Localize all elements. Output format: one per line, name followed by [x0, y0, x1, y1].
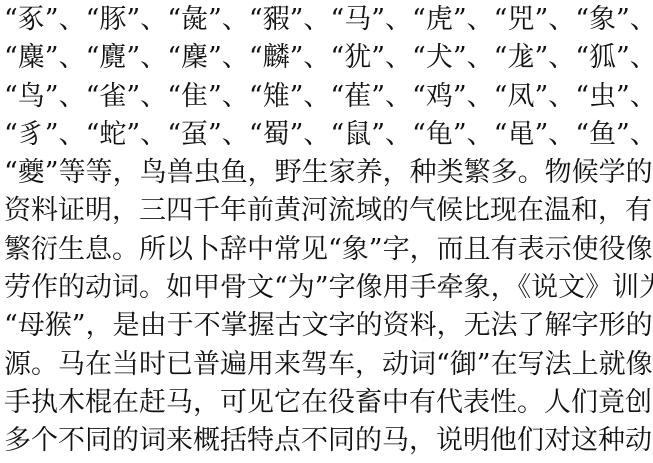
document-page: “豖”、“豚”、“彘”、“豭”、“马”、“虎”、“兕”、“象”、“鹿”、 “麋”…	[0, 0, 653, 463]
text-line-12: 多个不同的词来概括特点不同的马，说明他们对这种动物是多	[4, 423, 652, 459]
text-line-7: 繁衍生息。所以卜辞中常见“象”字，而且有表示使役像从事	[4, 232, 652, 268]
text-line-6: 资料证明，三四千年前黄河流域的气候比现在温和，有象群	[4, 193, 652, 229]
text-line-1: “豖”、“豚”、“彘”、“豭”、“马”、“虎”、“兕”、“象”、“鹿”、	[4, 2, 652, 38]
text-line-11: 手执木棍在赶马，可见它在役畜中有代表性。人们竟创造了十	[4, 385, 652, 421]
text-line-2: “麋”、“麑”、“麇”、“麟”、“犹”、“犬”、“尨”、“狐”、“兔”、	[4, 40, 652, 76]
text-line-3: “鸟”、“雀”、“隹”、“雉”、“萑”、“鸡”、“凤”、“虫”、“蛊”、	[4, 79, 652, 115]
text-line-10: 源。马在当时已普遍用来驾车，动词“御”在写法上就像一人	[4, 347, 652, 383]
text-line-5: “夔”等等，鸟兽虫鱼，野生家养，种类繁多。物候学的历史	[4, 155, 652, 191]
text-line-8: 劳作的动词。如甲骨文“为”字像用手牵象，《说文》训为	[4, 270, 652, 306]
text-line-9: “母猴”，是由于不掌握古文字的资料，无法了解字形的最古来	[4, 308, 652, 344]
text-line-4: “豸”、“蛇”、“虿”、“蜀”、“鼠”、“龟”、“黾”、“鱼”、“龙”、	[4, 117, 652, 153]
